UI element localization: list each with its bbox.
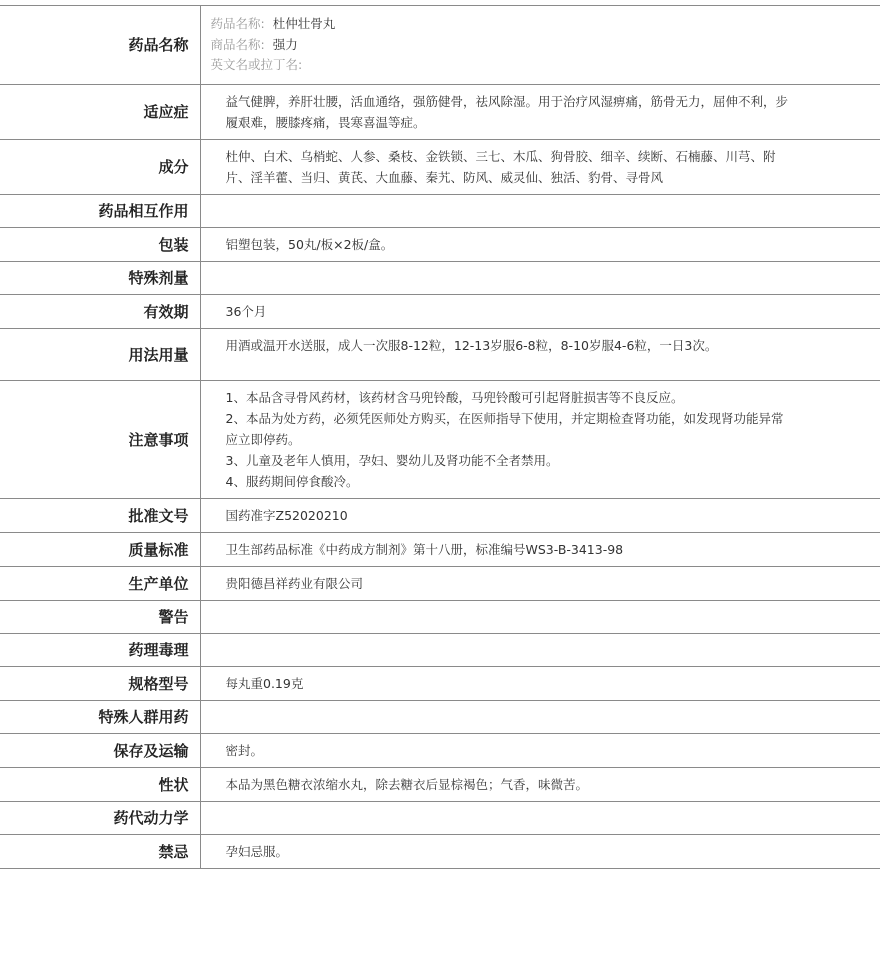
row-packaging: 包装铝塑包装，50丸/板×2板/盒。 xyxy=(0,227,880,261)
name-field-label: 药品名称: xyxy=(211,16,265,31)
field-label: 有效期 xyxy=(0,294,200,328)
field-label: 成分 xyxy=(0,139,200,194)
field-label: 警告 xyxy=(0,600,200,633)
precaution-item: 1、本品含寻骨风药材，该药材含马兜铃酸，马兜铃酸可引起肾脏损害等不良反应。 xyxy=(226,387,791,408)
field-value xyxy=(200,261,880,294)
field-value: 36个月 xyxy=(200,294,880,328)
row-pharmacokinetics: 药代动力学 xyxy=(0,801,880,834)
field-label: 药品名称 xyxy=(0,6,200,85)
field-value: 益气健脾，养肝壮腰，活血通络，强筋健骨，祛风除湿。用于治疗风湿痹痛，筋骨无力，屈… xyxy=(200,84,880,139)
field-value: 每丸重0.19克 xyxy=(200,666,880,700)
field-label: 包装 xyxy=(0,227,200,261)
field-label: 规格型号 xyxy=(0,666,200,700)
drug-spec-table: 药品名称药品名称:杜仲壮骨丸商品名称:强力英文名或拉丁名:适应症益气健脾，养肝壮… xyxy=(0,5,880,869)
field-label: 性状 xyxy=(0,767,200,801)
row-drug-interactions: 药品相互作用 xyxy=(0,194,880,227)
field-value: 本品为黑色糖衣浓缩水丸，除去糖衣后显棕褐色；气香，味微苦。 xyxy=(200,767,880,801)
row-specification: 规格型号每丸重0.19克 xyxy=(0,666,880,700)
field-label: 药代动力学 xyxy=(0,801,200,834)
field-value: 贵阳德昌祥药业有限公司 xyxy=(200,566,880,600)
row-indications: 适应症益气健脾，养肝壮腰，活血通络，强筋健骨，祛风除湿。用于治疗风湿痹痛，筋骨无… xyxy=(0,84,880,139)
field-value xyxy=(200,801,880,834)
precaution-item: 4、服药期间停食酸冷。 xyxy=(226,471,791,492)
row-storage-transport: 保存及运输密封。 xyxy=(0,733,880,767)
field-value xyxy=(200,600,880,633)
name-field: 商品名称:强力 xyxy=(211,35,791,56)
row-quality-standard: 质量标准卫生部药品标准《中药成方制剂》第十八册，标准编号WS3-B-3413-9… xyxy=(0,532,880,566)
field-label: 适应症 xyxy=(0,84,200,139)
field-value xyxy=(200,194,880,227)
row-ingredients: 成分杜仲、白术、乌梢蛇、人参、桑枝、金铁锁、三七、木瓜、狗骨胶、细辛、续断、石楠… xyxy=(0,139,880,194)
field-label: 药品相互作用 xyxy=(0,194,200,227)
precaution-item: 2、本品为处方药，必须凭医师处方购买，在医师指导下使用，并定期检查肾功能，如发现… xyxy=(226,408,791,450)
row-shelf-life: 有效期36个月 xyxy=(0,294,880,328)
field-label: 特殊剂量 xyxy=(0,261,200,294)
row-pharmacology-toxicology: 药理毒理 xyxy=(0,633,880,666)
field-value: 药品名称:杜仲壮骨丸商品名称:强力英文名或拉丁名: xyxy=(200,6,880,85)
row-contraindications: 禁忌孕妇忌服。 xyxy=(0,834,880,868)
field-value xyxy=(200,633,880,666)
field-value: 卫生部药品标准《中药成方制剂》第十八册，标准编号WS3-B-3413-98 xyxy=(200,532,880,566)
field-value: 铝塑包装，50丸/板×2板/盒。 xyxy=(200,227,880,261)
precaution-item: 3、儿童及老年人慎用，孕妇、婴幼儿及肾功能不全者禁用。 xyxy=(226,450,791,471)
row-drug-name: 药品名称药品名称:杜仲壮骨丸商品名称:强力英文名或拉丁名: xyxy=(0,6,880,85)
row-precautions: 注意事项1、本品含寻骨风药材，该药材含马兜铃酸，马兜铃酸可引起肾脏损害等不良反应… xyxy=(0,380,880,498)
field-label: 质量标准 xyxy=(0,532,200,566)
row-warning: 警告 xyxy=(0,600,880,633)
row-special-dosage: 特殊剂量 xyxy=(0,261,880,294)
field-label: 用法用量 xyxy=(0,328,200,380)
field-label: 批准文号 xyxy=(0,498,200,532)
name-field-label: 英文名或拉丁名: xyxy=(211,57,303,72)
field-label: 保存及运输 xyxy=(0,733,200,767)
name-field: 药品名称:杜仲壮骨丸 xyxy=(211,14,791,35)
name-field-label: 商品名称: xyxy=(211,37,265,52)
name-field: 英文名或拉丁名: xyxy=(211,55,791,76)
field-label: 特殊人群用药 xyxy=(0,700,200,733)
name-field-value: 杜仲壮骨丸 xyxy=(273,16,336,31)
field-value: 用酒或温开水送服，成人一次服8-12粒，12-13岁服6-8粒，8-10岁服4-… xyxy=(200,328,880,380)
field-label: 药理毒理 xyxy=(0,633,200,666)
field-value xyxy=(200,700,880,733)
field-value: 1、本品含寻骨风药材，该药材含马兜铃酸，马兜铃酸可引起肾脏损害等不良反应。2、本… xyxy=(200,380,880,498)
field-value: 国药准字Z52020210 xyxy=(200,498,880,532)
name-field-value: 强力 xyxy=(273,37,298,52)
row-special-populations: 特殊人群用药 xyxy=(0,700,880,733)
field-value: 杜仲、白术、乌梢蛇、人参、桑枝、金铁锁、三七、木瓜、狗骨胶、细辛、续断、石楠藤、… xyxy=(200,139,880,194)
field-label: 禁忌 xyxy=(0,834,200,868)
row-manufacturer: 生产单位贵阳德昌祥药业有限公司 xyxy=(0,566,880,600)
field-value: 密封。 xyxy=(200,733,880,767)
field-label: 注意事项 xyxy=(0,380,200,498)
field-value: 孕妇忌服。 xyxy=(200,834,880,868)
row-usage-dosage: 用法用量用酒或温开水送服，成人一次服8-12粒，12-13岁服6-8粒，8-10… xyxy=(0,328,880,380)
field-label: 生产单位 xyxy=(0,566,200,600)
row-approval-number: 批准文号国药准字Z52020210 xyxy=(0,498,880,532)
row-description: 性状本品为黑色糖衣浓缩水丸，除去糖衣后显棕褐色；气香，味微苦。 xyxy=(0,767,880,801)
